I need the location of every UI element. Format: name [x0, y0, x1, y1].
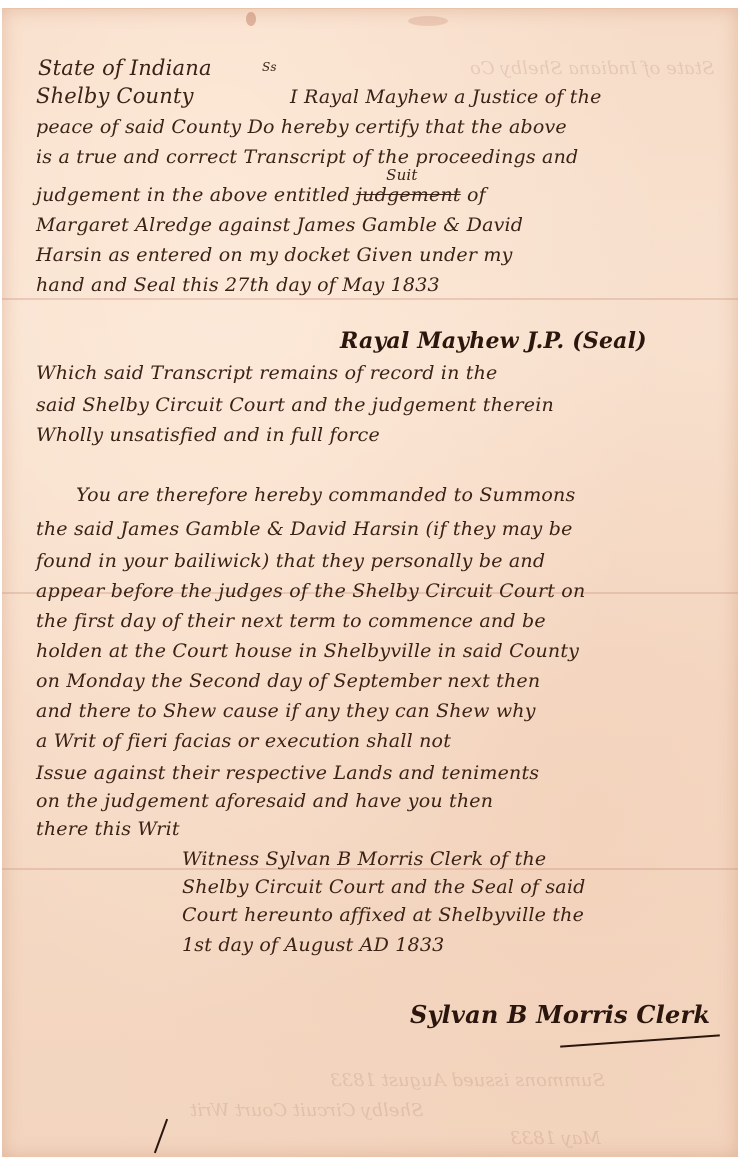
fold-crease: [2, 298, 738, 300]
bleed-through-text: State of Indiana Shelby Co: [470, 58, 714, 79]
certificate-text: judgement in the above entitled: [36, 184, 350, 206]
clerk-signature: Sylvan B Morris Clerk: [410, 1000, 710, 1029]
certificate-line: Margaret Alredge against James Gamble & …: [36, 214, 523, 236]
witness-line: 1st day of August AD 1833: [182, 934, 444, 956]
certificate-line: Harsin as entered on my docket Given und…: [36, 244, 513, 266]
record-line: said Shelby Circuit Court and the judgem…: [36, 394, 554, 416]
command-line: You are therefore hereby commanded to Su…: [76, 484, 575, 506]
certificate-line: peace of said County Do hereby certify t…: [36, 116, 567, 138]
command-line: the said James Gamble & David Harsin (if…: [36, 518, 573, 540]
ss-bracket: Ss: [262, 60, 277, 74]
witness-line: Shelby Circuit Court and the Seal of sai…: [182, 876, 585, 898]
command-line: on the judgement aforesaid and have you …: [36, 790, 493, 812]
command-line: and there to Shew cause if any they can …: [36, 700, 536, 722]
certificate-line: judgement in the above entitled judgemen…: [36, 184, 486, 206]
bleed-through-text: Shelby Circuit Court Writ: [190, 1100, 423, 1121]
command-line: appear before the judges of the Shelby C…: [36, 580, 585, 602]
inserted-word: Suit: [386, 166, 418, 184]
certificate-text: of: [467, 184, 486, 206]
witness-line: Court hereunto affixed at Shelbyville th…: [182, 904, 584, 926]
ink-stain: [246, 12, 256, 26]
command-line: the first day of their next term to comm…: [36, 610, 546, 632]
struck-word: judgement: [356, 184, 461, 206]
water-stain: [408, 16, 448, 26]
witness-line: Witness Sylvan B Morris Clerk of the: [182, 848, 546, 870]
command-line: Issue against their respective Lands and…: [36, 762, 539, 784]
command-line: found in your bailiwick) that they perso…: [36, 550, 545, 572]
state-heading: State of Indiana: [38, 56, 212, 80]
command-line: holden at the Court house in Shelbyville…: [36, 640, 579, 662]
record-line: Wholly unsatisfied and in full force: [36, 424, 380, 446]
command-line: on Monday the Second day of September ne…: [36, 670, 540, 692]
certificate-line: hand and Seal this 27th day of May 1833: [36, 274, 440, 296]
command-line: a Writ of fieri facias or execution shal…: [36, 730, 451, 752]
jp-signature: Rayal Mayhew J.P. (Seal): [340, 328, 647, 354]
county-heading: Shelby County: [36, 84, 194, 108]
command-line: there this Writ: [36, 818, 180, 840]
bleed-through-text: Summons issued August 1833: [330, 1070, 605, 1091]
certificate-line: I Rayal Mayhew a Justice of the: [290, 86, 602, 108]
certificate-line: is a true and correct Transcript of the …: [36, 146, 578, 168]
bleed-through-text: May 1833: [510, 1128, 601, 1149]
record-line: Which said Transcript remains of record …: [36, 362, 497, 384]
